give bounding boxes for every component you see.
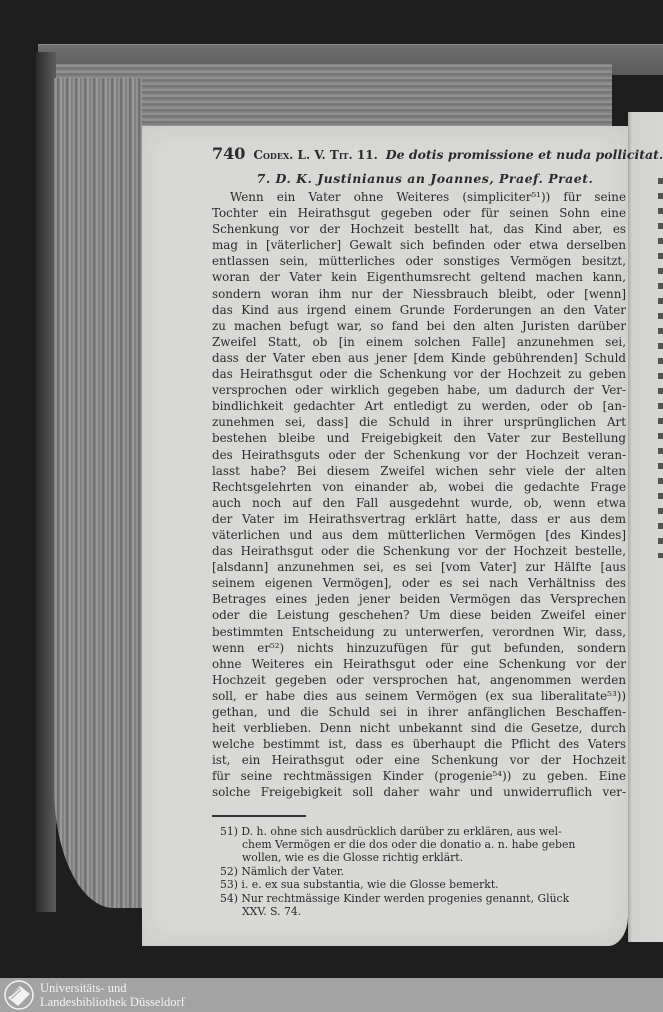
text-line: Schenkung vor der Hochzeit bestellt hat,…: [212, 221, 626, 237]
book-logo-icon: [2, 978, 36, 1012]
library-name-line2: Landesbibliothek Düsseldorf: [40, 995, 185, 1009]
text-line: Tochter ein Heirathsgut gegeben oder für…: [212, 205, 626, 221]
text-line: [alsdann] anzunehmen sei, es sei [vom Va…: [212, 559, 626, 575]
text-line: mag in [väterlicher] Gewalt sich befinde…: [212, 237, 626, 253]
text-line: Rechtsgelehrten von einander ab, wobei d…: [212, 479, 626, 495]
running-head: 740 Codex. L. V. Tit. 11. De dotis promi…: [212, 144, 626, 163]
text-line: bestehen bleibe und Freigebigkeit den Va…: [212, 430, 626, 446]
text-line: des Heirathsguts oder der Schenkung vor …: [212, 447, 626, 463]
text-line: zunehmen sei, dass] die Schuld in ihrer …: [212, 414, 626, 430]
codex-reference: Codex. L. V. Tit. 11.: [253, 148, 377, 162]
library-name-line1: Universitäts- und: [40, 981, 185, 995]
text-line: dass der Vater eben aus jener [dem Kinde…: [212, 350, 626, 366]
book-cover-left: [36, 52, 56, 912]
text-line: versprochen oder wirklich gegeben habe, …: [212, 382, 626, 398]
text-line: solche Freigebigkeit soll daher wahr und…: [212, 784, 626, 800]
page-number: 740: [212, 144, 245, 163]
footnote-52: 52) Nämlich der Vater.: [220, 865, 626, 878]
text-line: für seine rechtmässigen Kinder (progenie…: [212, 768, 626, 784]
text-line: soll, er habe dies aus seinem Vermögen (…: [212, 688, 626, 704]
library-footer: Universitäts- und Landesbibliothek Düsse…: [0, 978, 663, 1012]
footnote-53: 53) i. e. ex sua substantia, wie die Glo…: [220, 878, 626, 891]
text-line: welche bestimmt ist, dass es überhaupt d…: [212, 736, 626, 752]
text-line: oder die Leistung geschehen? Um diese be…: [212, 607, 626, 623]
text-line: das Kind aus irgend einem Grunde Forderu…: [212, 302, 626, 318]
text-line: bestimmten Entscheidung zu unterwerfen, …: [212, 624, 626, 640]
footnote-54-cont: XXV. S. 74.: [220, 905, 626, 918]
library-name: Universitäts- und Landesbibliothek Düsse…: [40, 981, 185, 1009]
text-line: Zweifel Statt, ob [in einem solchen Fall…: [212, 334, 626, 350]
page-edges-left: [54, 78, 142, 908]
text-line: Betrages eines jeden jener beiden Vermög…: [212, 591, 626, 607]
text-line: bindlichkeit gedachter Art entledigt zu …: [212, 398, 626, 414]
footnote-51: 51) D. h. ohne sich ausdrücklich darüber…: [220, 825, 626, 838]
text-line: woran der Vater kein Eigenthumsrecht gel…: [212, 269, 626, 285]
footnote-51-cont: chem Vermögen er die dos oder die donati…: [220, 838, 626, 851]
running-title: De dotis promissione et nuda pollicitat.: [386, 147, 663, 162]
text-line: heit verblieben. Denn nicht unbekannt si…: [212, 720, 626, 736]
footnote-51-cont: wollen, wie es die Glosse richtig erklär…: [220, 851, 626, 864]
text-line: ohne Weiteres ein Heirathsgut oder eine …: [212, 656, 626, 672]
footnote-54: 54) Nur rechtmässige Kinder werden proge…: [220, 892, 626, 905]
text-line: auch noch auf den Fall ausgedehnt wurde,…: [212, 495, 626, 511]
text-line: Wenn ein Vater ohne Weiteres (simplicite…: [212, 189, 626, 205]
text-line: gethan, und die Schuld sei in ihrer anfä…: [212, 704, 626, 720]
body-text: Wenn ein Vater ohne Weiteres (simplicite…: [212, 189, 626, 801]
text-line: das Heirathsgut oder die Schenkung vor d…: [212, 366, 626, 382]
text-line: Hochzeit gegeben oder versprochen hat, a…: [212, 672, 626, 688]
text-line: seinem eigenen Vermögen], oder es sei na…: [212, 575, 626, 591]
section-heading: 7. D. K. Justinianus an Joannes, Praef. …: [224, 171, 626, 186]
text-line: sondern woran ihm nur der Niessbrauch bl…: [212, 286, 626, 302]
text-line: lasst habe? Bei diesem Zweifel wichen se…: [212, 463, 626, 479]
text-line: wenn er⁵²) nichts hinzuzufügen für gut b…: [212, 640, 626, 656]
page-content: 740 Codex. L. V. Tit. 11. De dotis promi…: [212, 144, 626, 918]
text-line: der Vater im Heirathsvertrag erklärt hat…: [212, 511, 626, 527]
footnote-divider: [212, 815, 306, 817]
text-line: ist, ein Heirathsgut oder eine Schenkung…: [212, 752, 626, 768]
footnotes: 51) D. h. ohne sich ausdrücklich darüber…: [212, 825, 626, 919]
text-line: väterlichen und aus dem mütterlichen Ver…: [212, 527, 626, 543]
facing-page-text-fragment: [658, 178, 663, 558]
text-line: zu machen befugt war, so fand bei den al…: [212, 318, 626, 334]
text-line: das Heirathsgut oder die Schenkung vor d…: [212, 543, 626, 559]
text-line: entlassen sein, mütterliches oder sonsti…: [212, 253, 626, 269]
